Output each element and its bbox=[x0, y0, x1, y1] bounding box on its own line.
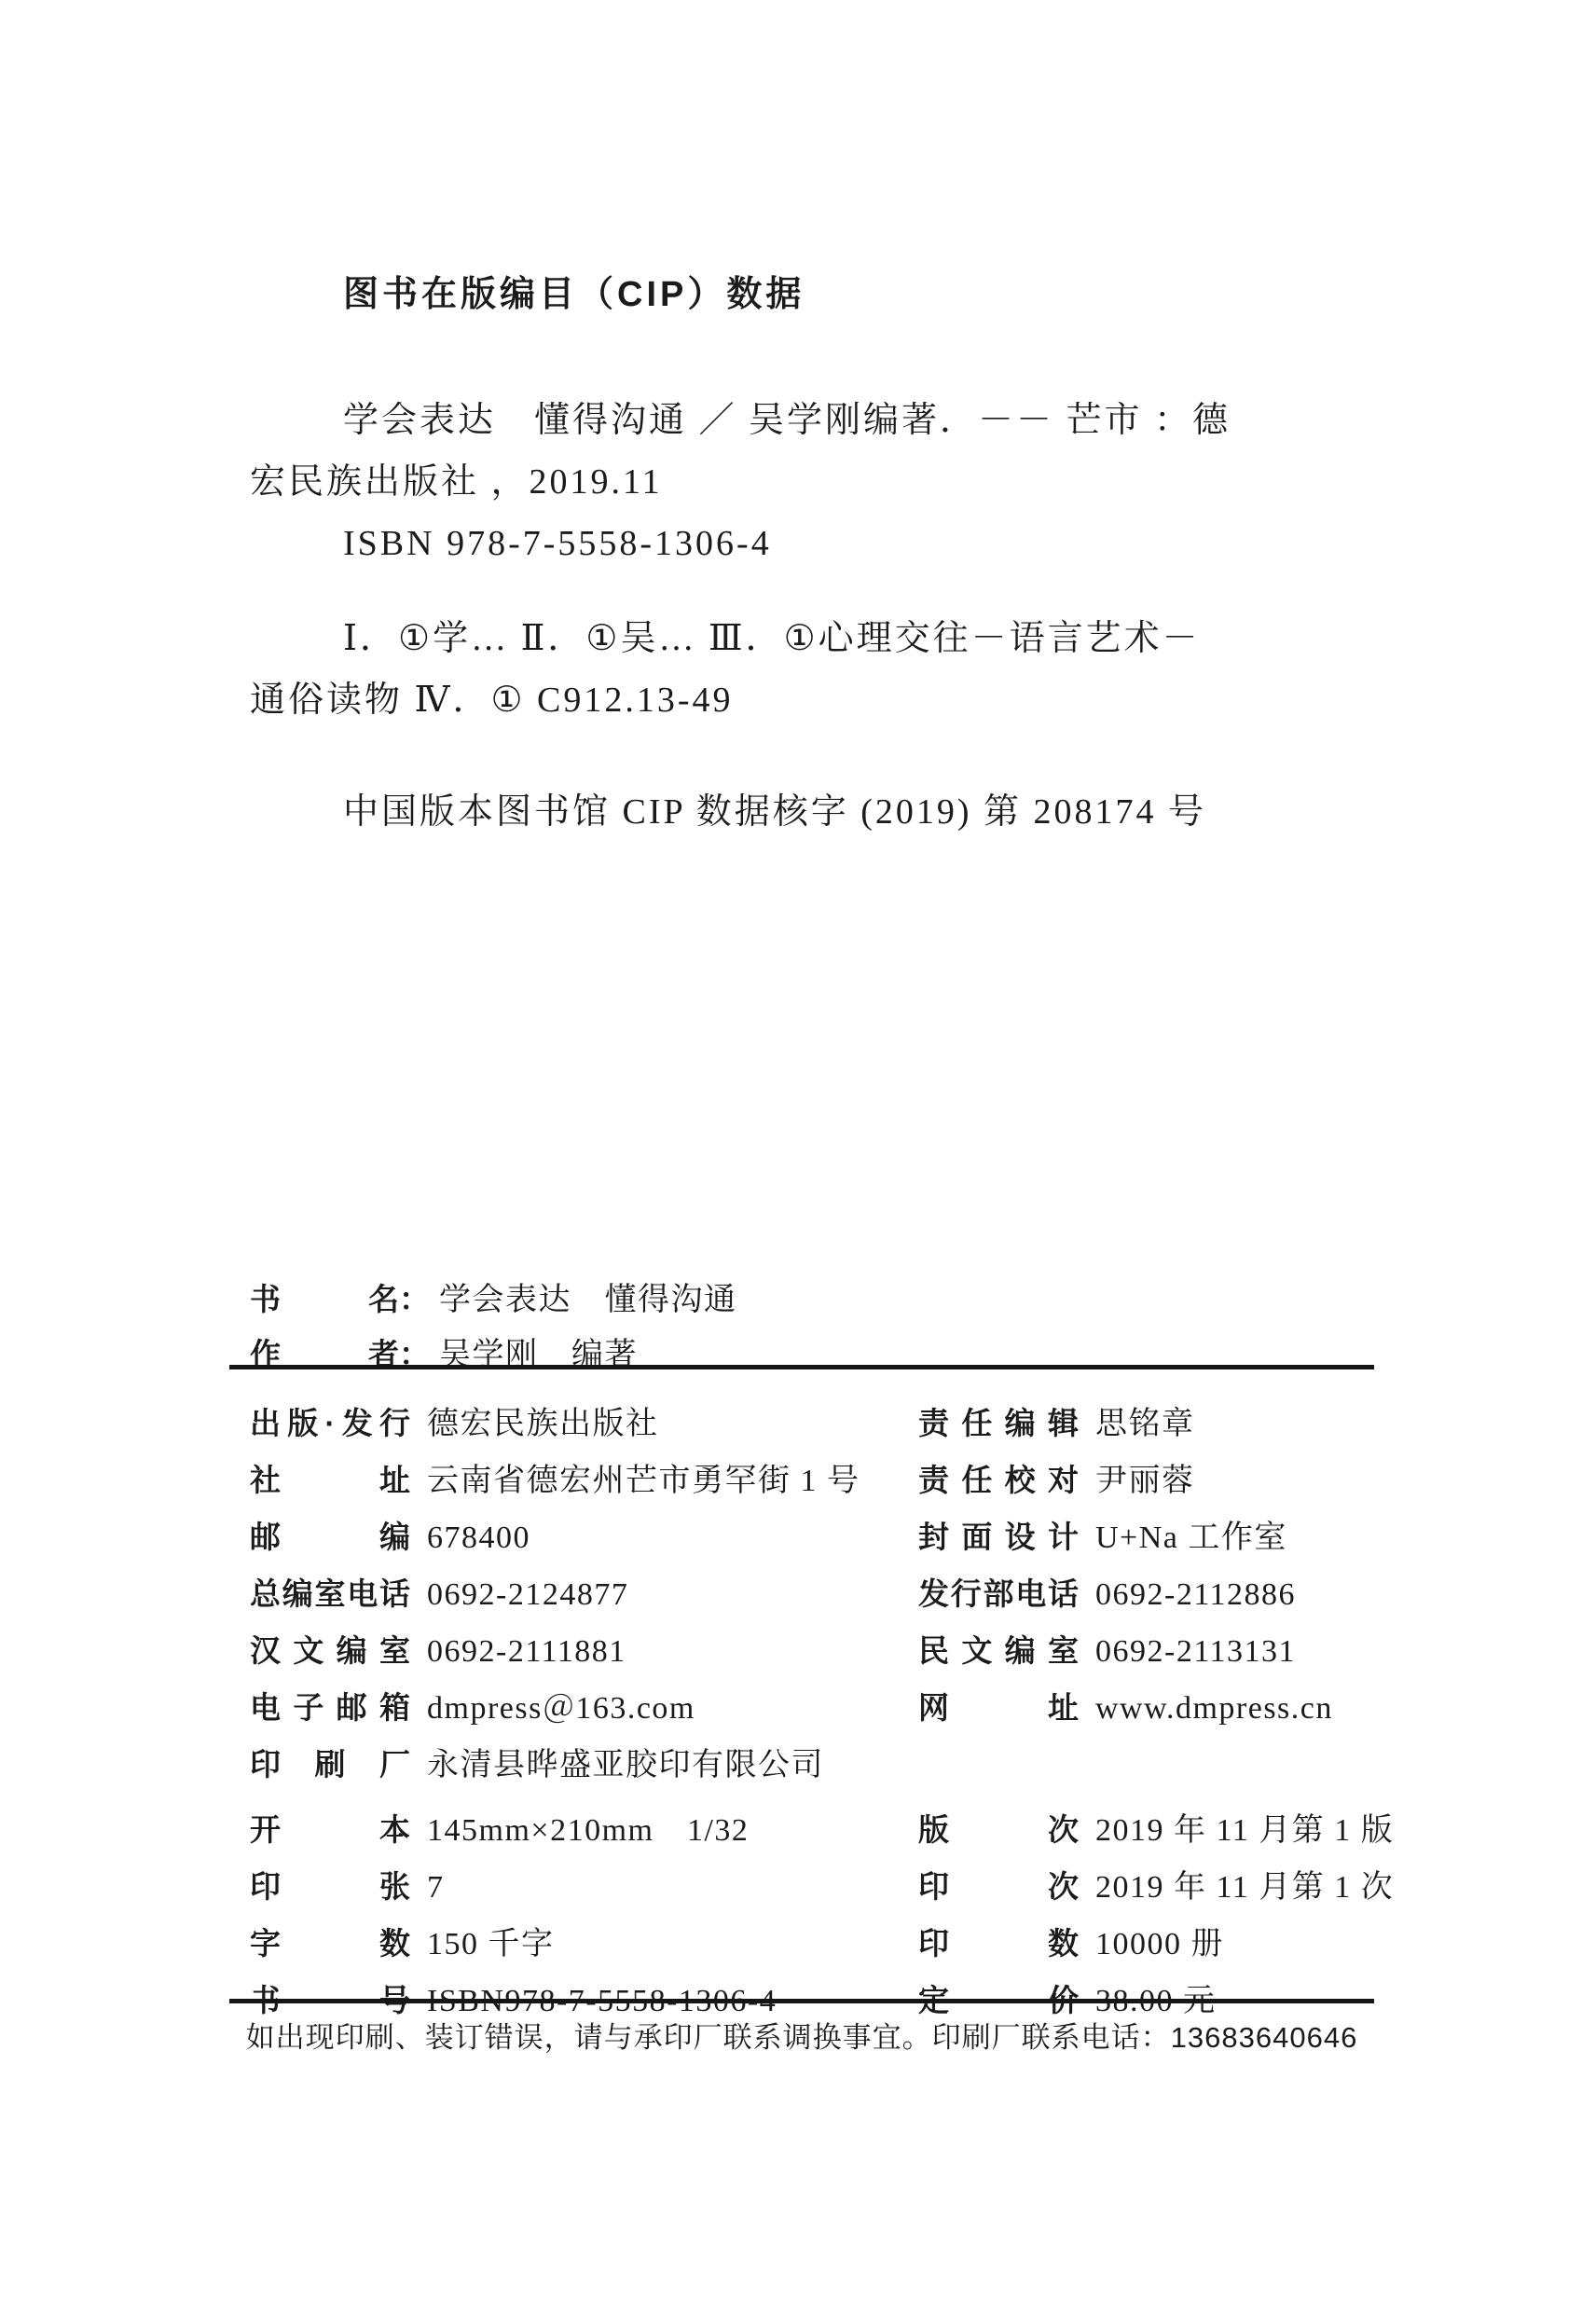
responsible-editor-row: 责任编辑思铭章 bbox=[918, 1398, 1333, 1455]
postcode-value: 678400 bbox=[427, 1521, 530, 1555]
book-title-value: 学会表达 懂得沟通 bbox=[439, 1283, 737, 1317]
book-copyright-page: 图书在版编目（CIP）数据 学会表达 懂得沟通 ／ 吴学刚编著．－－ 芒市 ：德… bbox=[0, 0, 1596, 2312]
cover-design-label: 封面设计 bbox=[918, 1512, 1079, 1562]
divider-top-rule bbox=[229, 1365, 1374, 1369]
word-count-label: 字数 bbox=[250, 1919, 410, 1969]
cip-record-line: 中国版本图书馆 CIP 数据核字 (2019) 第 208174 号 bbox=[250, 781, 1378, 843]
editor-office-phone-value: 0692-2124877 bbox=[427, 1577, 628, 1612]
minority-editorial-label: 民文编室 bbox=[918, 1626, 1079, 1676]
email-row: 电子邮箱dmpress＠163.com bbox=[250, 1683, 860, 1740]
minority-editorial-value: 0692-2113131 bbox=[1095, 1634, 1296, 1669]
editor-office-phone-label: 总编室电话 bbox=[250, 1569, 410, 1619]
cip-classification: Ⅰ．①学… Ⅱ．①吴… Ⅲ．①心理交往－语言艺术－ 通俗读物 Ⅳ．① C912.… bbox=[250, 608, 1378, 731]
format-label: 开本 bbox=[250, 1805, 410, 1855]
printing-factory-row: 印刷厂永清县晔盛亚胶印有限公司 bbox=[250, 1740, 860, 1796]
cip-description-line-2: 宏民族出版社 ，2019.11 bbox=[250, 451, 1378, 513]
impression-value: 2019 年 11 月第 1 次 bbox=[1095, 1870, 1394, 1905]
edition-label: 版次 bbox=[918, 1805, 1079, 1855]
edition-value: 2019 年 11 月第 1 版 bbox=[1095, 1813, 1394, 1848]
divider-bottom-rule bbox=[229, 1999, 1374, 2003]
cip-isbn-line: ISBN 978-7-5558-1306-4 bbox=[250, 513, 1378, 574]
proofreader-row: 责任校对尹丽蓉 bbox=[918, 1455, 1333, 1512]
chinese-editorial-value: 0692-2111881 bbox=[427, 1634, 626, 1669]
publisher-info-right-column: 责任编辑思铭章 责任校对尹丽蓉 封面设计U+Na 工作室 发行部电话0692-2… bbox=[918, 1398, 1333, 1740]
print-run-row: 印数10000 册 bbox=[918, 1919, 1394, 1975]
publish-issue-row: 出版·发行德宏民族出版社 bbox=[250, 1398, 860, 1455]
cip-classification-line-2: 通俗读物 Ⅳ．① C912.13-49 bbox=[250, 669, 1378, 731]
website-label: 网址 bbox=[918, 1683, 1079, 1733]
printing-factory-value: 永清县晔盛亚胶印有限公司 bbox=[427, 1748, 824, 1782]
sheets-row: 印张7 bbox=[250, 1862, 777, 1919]
address-value: 云南省德宏州芒市勇罕街 1 号 bbox=[427, 1464, 860, 1498]
sheets-label: 印张 bbox=[250, 1862, 410, 1912]
chinese-editorial-row: 汉文编室0692-2111881 bbox=[250, 1626, 860, 1683]
responsible-editor-value: 思铭章 bbox=[1095, 1407, 1195, 1441]
author-row: 作者：吴学刚 编著 bbox=[250, 1330, 737, 1385]
format-row: 开本145mm×210mm 1/32 bbox=[250, 1805, 777, 1862]
responsible-editor-label: 责任编辑 bbox=[918, 1398, 1079, 1449]
book-title-colon: ： bbox=[399, 1282, 430, 1316]
word-count-row: 字数150 千字 bbox=[250, 1919, 777, 1975]
cover-design-row: 封面设计U+Na 工作室 bbox=[918, 1512, 1333, 1569]
cip-description-line-1: 学会表达 懂得沟通 ／ 吴学刚编著．－－ 芒市 ：德 bbox=[250, 390, 1378, 451]
book-title-label: 书名 bbox=[250, 1275, 399, 1324]
publisher-info-left-column: 出版·发行德宏民族出版社 社址云南省德宏州芒市勇罕街 1 号 邮编678400 … bbox=[250, 1398, 860, 1796]
word-count-value: 150 千字 bbox=[427, 1927, 555, 1961]
cover-design-value: U+Na 工作室 bbox=[1095, 1521, 1287, 1555]
postcode-label: 邮编 bbox=[250, 1512, 410, 1562]
publish-issue-label: 出版·发行 bbox=[250, 1398, 410, 1449]
printing-factory-label: 印刷厂 bbox=[250, 1740, 410, 1790]
format-value: 145mm×210mm 1/32 bbox=[427, 1813, 749, 1848]
cip-description: 学会表达 懂得沟通 ／ 吴学刚编著．－－ 芒市 ：德 宏民族出版社 ，2019.… bbox=[250, 390, 1378, 574]
sheets-value: 7 bbox=[427, 1870, 445, 1905]
edition-row: 版次2019 年 11 月第 1 版 bbox=[918, 1805, 1394, 1862]
impression-label: 印次 bbox=[918, 1862, 1079, 1912]
address-label: 社址 bbox=[250, 1455, 410, 1506]
cip-heading: 图书在版编目（CIP）数据 bbox=[343, 274, 805, 315]
proofreader-label: 责任校对 bbox=[918, 1455, 1079, 1506]
cip-classification-line-1: Ⅰ．①学… Ⅱ．①吴… Ⅲ．①心理交往－语言艺术－ bbox=[250, 608, 1378, 669]
email-label: 电子邮箱 bbox=[250, 1683, 410, 1733]
publish-issue-value: 德宏民族出版社 bbox=[427, 1407, 659, 1441]
proofreader-value: 尹丽蓉 bbox=[1095, 1464, 1195, 1498]
print-run-label: 印数 bbox=[918, 1919, 1079, 1969]
website-value: www.dmpress.cn bbox=[1095, 1691, 1333, 1726]
minority-editorial-row: 民文编室0692-2113131 bbox=[918, 1626, 1333, 1683]
printer-notice: 如出现印刷、装订错误，请与承印厂联系调换事宜。印刷厂联系电话：136836406… bbox=[229, 2017, 1374, 2058]
email-value: dmpress＠163.com bbox=[427, 1691, 695, 1726]
editor-office-phone-row: 总编室电话0692-2124877 bbox=[250, 1569, 860, 1626]
address-row: 社址云南省德宏州芒市勇罕街 1 号 bbox=[250, 1455, 860, 1512]
postcode-row: 邮编678400 bbox=[250, 1512, 860, 1569]
chinese-editorial-label: 汉文编室 bbox=[250, 1626, 410, 1676]
distribution-phone-label: 发行部电话 bbox=[918, 1569, 1079, 1619]
author-label: 作者 bbox=[250, 1330, 399, 1379]
print-run-value: 10000 册 bbox=[1095, 1927, 1224, 1961]
website-row: 网址www.dmpress.cn bbox=[918, 1683, 1333, 1740]
book-title-row: 书名：学会表达 懂得沟通 bbox=[250, 1275, 737, 1330]
cip-record: 中国版本图书馆 CIP 数据核字 (2019) 第 208174 号 bbox=[250, 781, 1378, 843]
distribution-phone-value: 0692-2112886 bbox=[1095, 1577, 1296, 1612]
distribution-phone-row: 发行部电话0692-2112886 bbox=[918, 1569, 1333, 1626]
impression-row: 印次2019 年 11 月第 1 次 bbox=[918, 1862, 1394, 1919]
